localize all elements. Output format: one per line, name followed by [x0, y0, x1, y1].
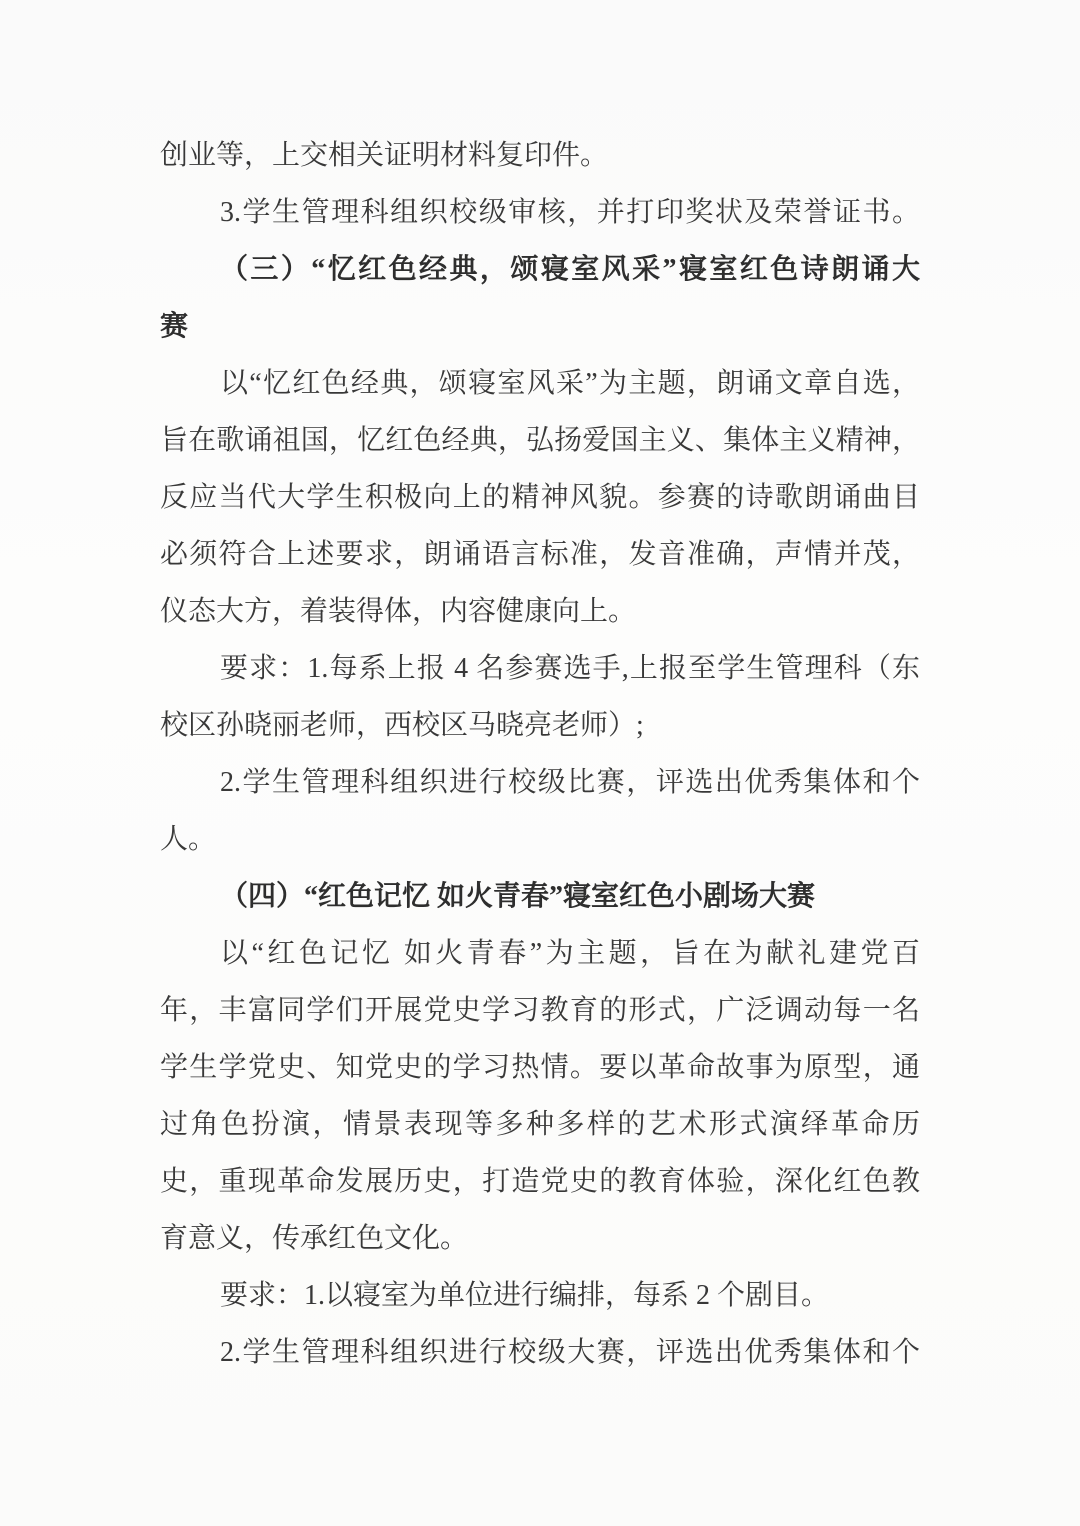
paragraph-line: 人。: [160, 811, 920, 868]
paragraph-line: 要求：1.每系上报 4 名参赛选手,上报至学生管理科（东: [160, 640, 920, 697]
paragraph-line: 过角色扮演，情景表现等多种多样的艺术形式演绎革命历: [160, 1096, 920, 1153]
paragraph-line: 史，重现革命发展历史，打造党史的教育体验，深化红色教: [160, 1153, 920, 1210]
paragraph-line: 2.学生管理科组织进行校级比赛，评选出优秀集体和个: [160, 754, 920, 811]
paragraph-line: 反应当代大学生积极向上的精神风貌。参赛的诗歌朗诵曲目: [160, 469, 920, 526]
paragraph-line: 以“忆红色经典，颂寝室风采”为主题，朗诵文章自选，: [160, 355, 920, 412]
paragraph-line: 年，丰富同学们开展党史学习教育的形式，广泛调动每一名: [160, 982, 920, 1039]
paragraph-line: 要求：1.以寝室为单位进行编排，每系 2 个剧目。: [160, 1267, 920, 1324]
photographed-document: { "document": { "lines": [ { "text": "创业…: [0, 0, 1080, 1526]
paragraph-line: 校区孙晓丽老师，西校区马晓亮老师）;: [160, 697, 920, 754]
section-heading-line: （四）“红色记忆 如火青春”寝室红色小剧场大赛: [160, 868, 920, 925]
paragraph-line: 学生学党史、知党史的学习热情。要以革命故事为原型，通: [160, 1039, 920, 1096]
paragraph-line: 育意义，传承红色文化。: [160, 1210, 920, 1267]
paragraph-line: 创业等，上交相关证明材料复印件。: [160, 127, 920, 184]
paragraph-line: 仪态大方，着装得体，内容健康向上。: [160, 583, 920, 640]
document-body: 创业等，上交相关证明材料复印件。3.学生管理科组织校级审核，并打印奖状及荣誉证书…: [160, 127, 920, 1381]
section-heading-line: （三）“忆红色经典，颂寝室风采”寝室红色诗朗诵大: [160, 241, 920, 298]
paragraph-line: 3.学生管理科组织校级审核，并打印奖状及荣誉证书。: [160, 184, 920, 241]
paragraph-line: 2.学生管理科组织进行校级大赛，评选出优秀集体和个: [160, 1324, 920, 1381]
paragraph-line: 以“红色记忆 如火青春”为主题，旨在为献礼建党百: [160, 925, 920, 982]
section-heading-line: 赛: [160, 298, 920, 355]
document-page: 创业等，上交相关证明材料复印件。3.学生管理科组织校级审核，并打印奖状及荣誉证书…: [0, 0, 1080, 1526]
paragraph-line: 旨在歌诵祖国，忆红色经典，弘扬爱国主义、集体主义精神，: [160, 412, 920, 469]
paragraph-line: 必须符合上述要求，朗诵语言标准，发音准确，声情并茂，: [160, 526, 920, 583]
